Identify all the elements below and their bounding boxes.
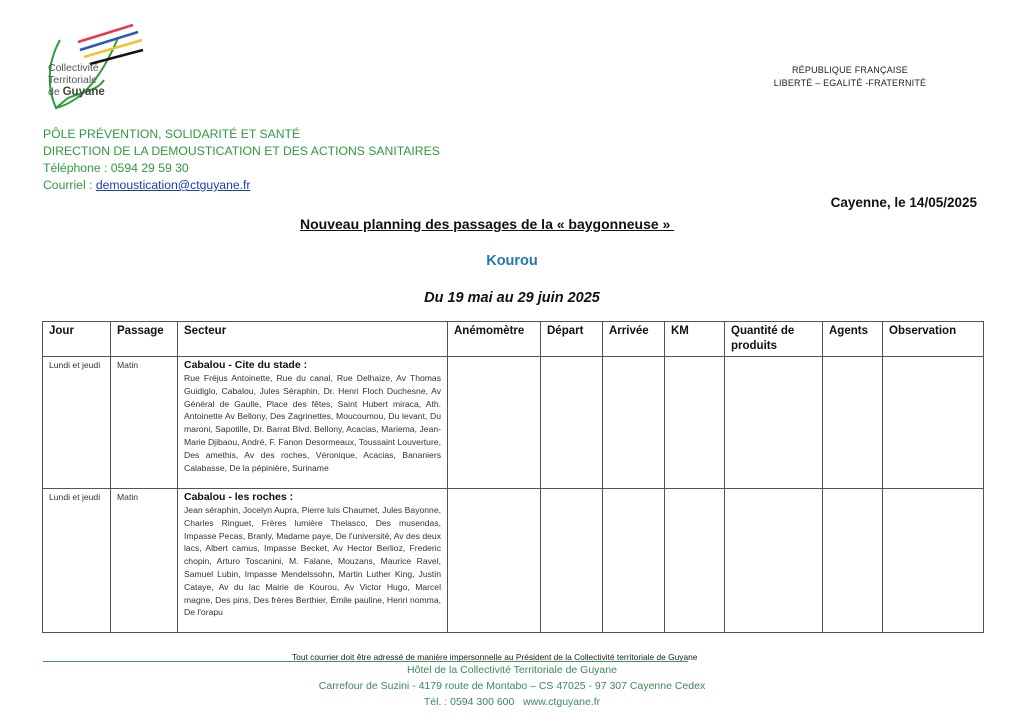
telephone: Téléphone : 0594 29 59 30 (43, 160, 440, 177)
footer-divider (43, 661, 688, 662)
cell-secteur: Cabalou - les roches : Jean séraphin, Jo… (178, 489, 448, 633)
cell-observation (883, 489, 984, 633)
header-agents: Agents (823, 322, 883, 357)
cell-observation (883, 357, 984, 489)
cell-depart (541, 357, 603, 489)
table-header-row: Jour Passage Secteur Anémomètre Départ A… (43, 322, 984, 357)
logo-line-1: Collectivité (48, 62, 105, 74)
cell-anemometre (448, 357, 541, 489)
planning-table: Jour Passage Secteur Anémomètre Départ A… (42, 321, 984, 633)
logo-line-3-prefix: de (48, 86, 63, 98)
header-jour: Jour (43, 322, 111, 357)
document-title: Nouveau planning des passages de la « ba… (300, 216, 674, 232)
republique-line-2: LIBERTÉ – EGALITÉ -FRATERNITÉ (740, 77, 960, 90)
secteur-title: Cabalou - les roches : (184, 491, 441, 504)
footer-address: Carrefour de Suzini - 4179 route de Mont… (0, 680, 1024, 692)
header-secteur: Secteur (178, 322, 448, 357)
department-header: PÔLE PRÉVENTION, SOLIDARITÉ ET SANTÉ DIR… (43, 126, 440, 194)
cell-arrivee (603, 489, 665, 633)
cell-anemometre (448, 489, 541, 633)
header-quantite: Quantité de produits (725, 322, 823, 357)
header-km: KM (665, 322, 725, 357)
header-arrivee: Arrivée (603, 322, 665, 357)
period-heading: Du 19 mai au 29 juin 2025 (0, 290, 1024, 306)
date-line: Cayenne, le 14/05/2025 (831, 195, 977, 210)
logo-line-3-bold: Guyane (63, 86, 105, 98)
cell-passage: Matin (111, 489, 178, 633)
cell-km (665, 357, 725, 489)
table-row: Lundi et jeudi Matin Cabalou - Cite du s… (43, 357, 984, 489)
direction-name: DIRECTION DE LA DEMOUSTICATION ET DES AC… (43, 143, 440, 160)
cell-depart (541, 489, 603, 633)
table-row: Lundi et jeudi Matin Cabalou - les roche… (43, 489, 984, 633)
collectivite-logo: Collectivité Territoriale de Guyane (38, 20, 158, 120)
cell-quantite (725, 357, 823, 489)
cell-jour: Lundi et jeudi (43, 357, 111, 489)
cell-secteur: Cabalou - Cite du stade : Rue Fréjus Ant… (178, 357, 448, 489)
header-anemometre: Anémomètre (448, 322, 541, 357)
courriel-email-link[interactable]: demoustication@ctguyane.fr (96, 178, 251, 192)
republique-block: RÉPUBLIQUE FRANÇAISE LIBERTÉ – EGALITÉ -… (740, 64, 960, 90)
secteur-streets: Jean séraphin, Jocelyn Aupra, Pierre lui… (184, 505, 441, 617)
city-heading: Kourou (0, 253, 1024, 269)
logo-line-2: Territoriale (48, 74, 105, 86)
republique-line-1: RÉPUBLIQUE FRANÇAISE (740, 64, 960, 77)
secteur-streets: Rue Fréjus Antoinette, Rue du canal, Rue… (184, 373, 441, 473)
cell-passage: Matin (111, 357, 178, 489)
pole-name: PÔLE PRÉVENTION, SOLIDARITÉ ET SANTÉ (43, 126, 440, 143)
cell-jour: Lundi et jeudi (43, 489, 111, 633)
cell-agents (823, 489, 883, 633)
header-depart: Départ (541, 322, 603, 357)
footer-contact: Tél. : 0594 300 600 www.ctguyane.fr (0, 696, 1024, 708)
cell-arrivee (603, 357, 665, 489)
secteur-title: Cabalou - Cite du stade : (184, 359, 441, 372)
cell-km (665, 489, 725, 633)
cell-agents (823, 357, 883, 489)
cell-quantite (725, 489, 823, 633)
header-observation: Observation (883, 322, 984, 357)
header-passage: Passage (111, 322, 178, 357)
courriel-label: Courriel : (43, 178, 96, 192)
footer-line-1: Hôtel de la Collectivité Territoriale de… (0, 664, 1024, 676)
